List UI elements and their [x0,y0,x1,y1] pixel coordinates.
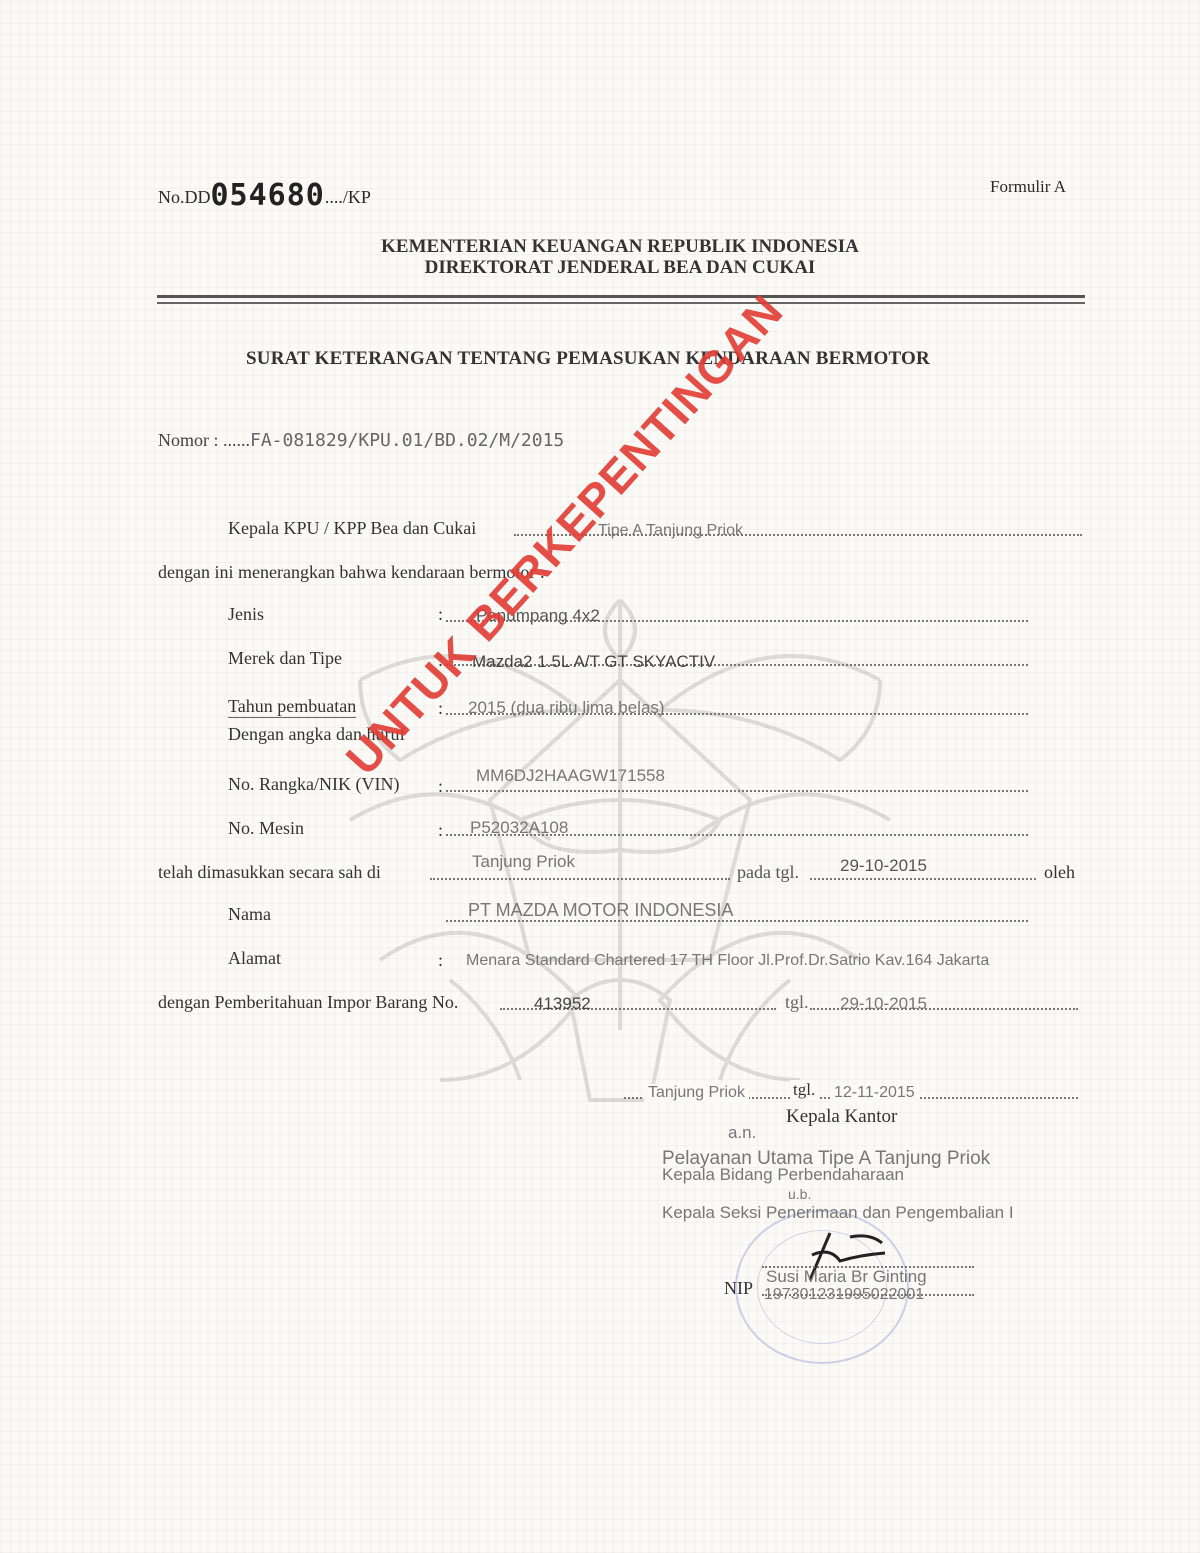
document-number: Nomor : ......FA-081829/KPU.01/BD.02/M/2… [158,430,564,451]
directorate-name: DIREKTORAT JENDERAL BEA DAN CUKAI [0,257,1200,278]
colon: : [438,776,443,797]
signature-an: a.n. [728,1124,756,1141]
signature-ub: u.b. [788,1186,811,1203]
document-title: SURAT KETERANGAN TENTANG PEMASUKAN KENDA… [246,348,930,370]
pib-date-label: tgl. [785,992,809,1013]
field-value-alamat: Menara Standard Chartered 17 TH Floor Jl… [466,952,989,970]
customs-emblem-icon [320,560,920,1120]
field-label-tahun: Tahun pembuatan [228,696,356,718]
by-label: oleh [1044,862,1075,883]
field-value-vin: MM6DJ2HAAGW171558 [476,766,665,786]
import-place: Tanjung Priok [472,852,575,872]
field-label-alamat: Alamat [228,948,281,969]
office-label: Kepala KPU / KPP Bea dan Cukai [228,518,476,539]
field-label-jenis: Jenis [228,604,264,625]
signature-date-label: tgl. [790,1080,818,1100]
colon: : [438,820,443,841]
nomor-label: Nomor : ...... [158,430,250,450]
pib-label: dengan Pemberitahuan Impor Barang No. [158,992,458,1013]
import-date-label: pada tgl. [737,862,799,883]
field-value-tahun: 2015 (dua ribu lima belas) [468,698,665,718]
form-label: Formulir A [990,177,1066,197]
field-label-nama: Nama [228,904,271,925]
serial-suffix: ..../KP [325,187,371,207]
field-value-merek: Mazda2 1.5L A/T GT SKYACTIV [472,652,715,672]
field-value-nama: PT MAZDA MOTOR INDONESIA [468,900,733,921]
field-value-mesin: P52032A108 [470,818,568,838]
nip-label: NIP [724,1278,753,1299]
colon: : [438,604,443,625]
ministry-heading: KEMENTERIAN KEUANGAN REPUBLIK INDONESIA … [0,236,1200,278]
header-rule [157,302,1085,304]
pib-date: 29-10-2015 [840,994,927,1014]
office-value: Tipe A Tanjung Priok [598,522,743,540]
pib-number: 413952 [534,994,591,1014]
signature-division: Kepala Bidang Perbendaharaan [662,1166,904,1183]
nomor-value: FA-081829/KPU.01/BD.02/M/2015 [250,430,564,451]
dotted-line [810,878,1036,880]
signatory-name: Susi Maria Br Ginting [766,1268,927,1285]
serial-number-value: 054680 [211,178,325,213]
field-label-mesin: No. Mesin [228,818,304,839]
field-label-merek: Merek dan Tipe [228,648,342,669]
colon: : [438,950,443,971]
header-rule [157,295,1085,298]
signature-section: Kepala Seksi Penerimaan dan Pengembalian… [662,1204,1014,1221]
signature-title: Kepala Kantor [786,1106,897,1128]
import-date: 29-10-2015 [840,856,927,876]
signature-place: Tanjung Priok [644,1084,749,1102]
serial-prefix: No.DD [158,187,211,207]
dotted-line [430,878,730,880]
nip-value: 197301231995022001 [764,1286,924,1303]
serial-number: No.DD054680..../KP [158,176,371,211]
import-label: telah dimasukkan secara sah di [158,862,381,883]
signature-date: 12-11-2015 [830,1084,919,1102]
dotted-line [446,790,1028,792]
ministry-name: KEMENTERIAN KEUANGAN REPUBLIK INDONESIA [0,236,1200,257]
